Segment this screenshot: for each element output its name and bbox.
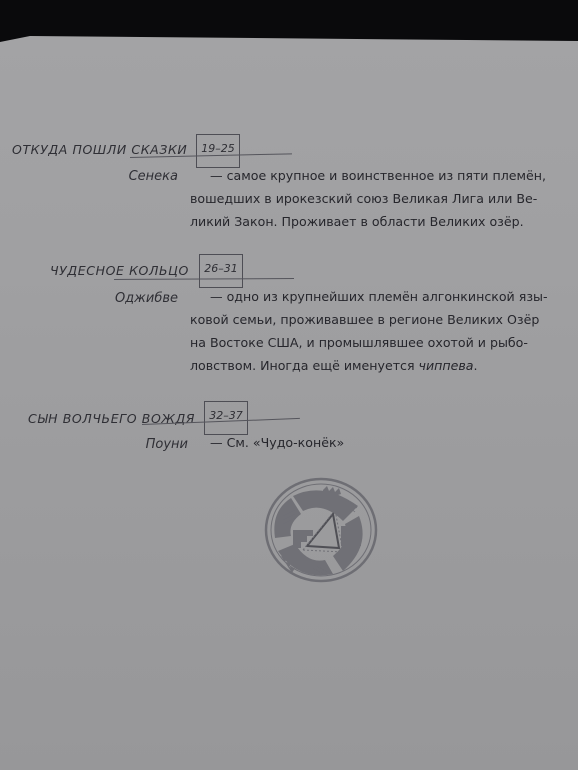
- definition-line: — самое крупное и воинственное из пяти п…: [190, 164, 560, 187]
- glossary-definition: — одно из крупнейших племён алгонкинской…: [190, 285, 560, 377]
- definition-line: на Востоке США, и промышлявшее охотой и …: [190, 331, 560, 354]
- definition-line: ковой семьи, проживавшее в регионе Велик…: [190, 308, 560, 331]
- book-page: Откуда пошли сказки 19–25 Сенека — самое…: [0, 36, 578, 770]
- definition-text: ловством. Иногда ещё именуется: [190, 358, 419, 373]
- definition-line: ловством. Иногда ещё именуется чиппева.: [190, 354, 560, 377]
- story-title: Откуда пошли сказки: [12, 142, 187, 157]
- alternate-name: чиппева: [419, 358, 474, 373]
- definition-line: — одно из крупнейших племён алгонкинской…: [190, 285, 560, 308]
- page-range-box: 26–31: [199, 254, 243, 288]
- page-range: 19–25: [197, 142, 239, 155]
- definition-line: ликий Закон. Проживает в области Великих…: [190, 210, 560, 233]
- glossary-term: Поуни: [118, 437, 188, 452]
- page-range-box: 32–37: [204, 401, 248, 435]
- punctuation: .: [474, 358, 478, 373]
- native-ornament-icon: [263, 476, 379, 584]
- story-title: Чудесное кольцо: [50, 263, 189, 278]
- glossary-term: Сенека: [108, 169, 178, 184]
- page-range-box: 19–25: [196, 134, 240, 168]
- definition-line: вошедших в ирокезский союз Великая Лига …: [190, 187, 560, 210]
- page-range: 26–31: [200, 262, 242, 275]
- glossary-definition: — См. «Чудо-конёк»: [210, 431, 578, 454]
- definition-line: — См. «Чудо-конёк»: [210, 431, 578, 454]
- glossary-term: Оджибве: [108, 291, 178, 306]
- glossary-definition: — самое крупное и воинственное из пяти п…: [190, 164, 560, 233]
